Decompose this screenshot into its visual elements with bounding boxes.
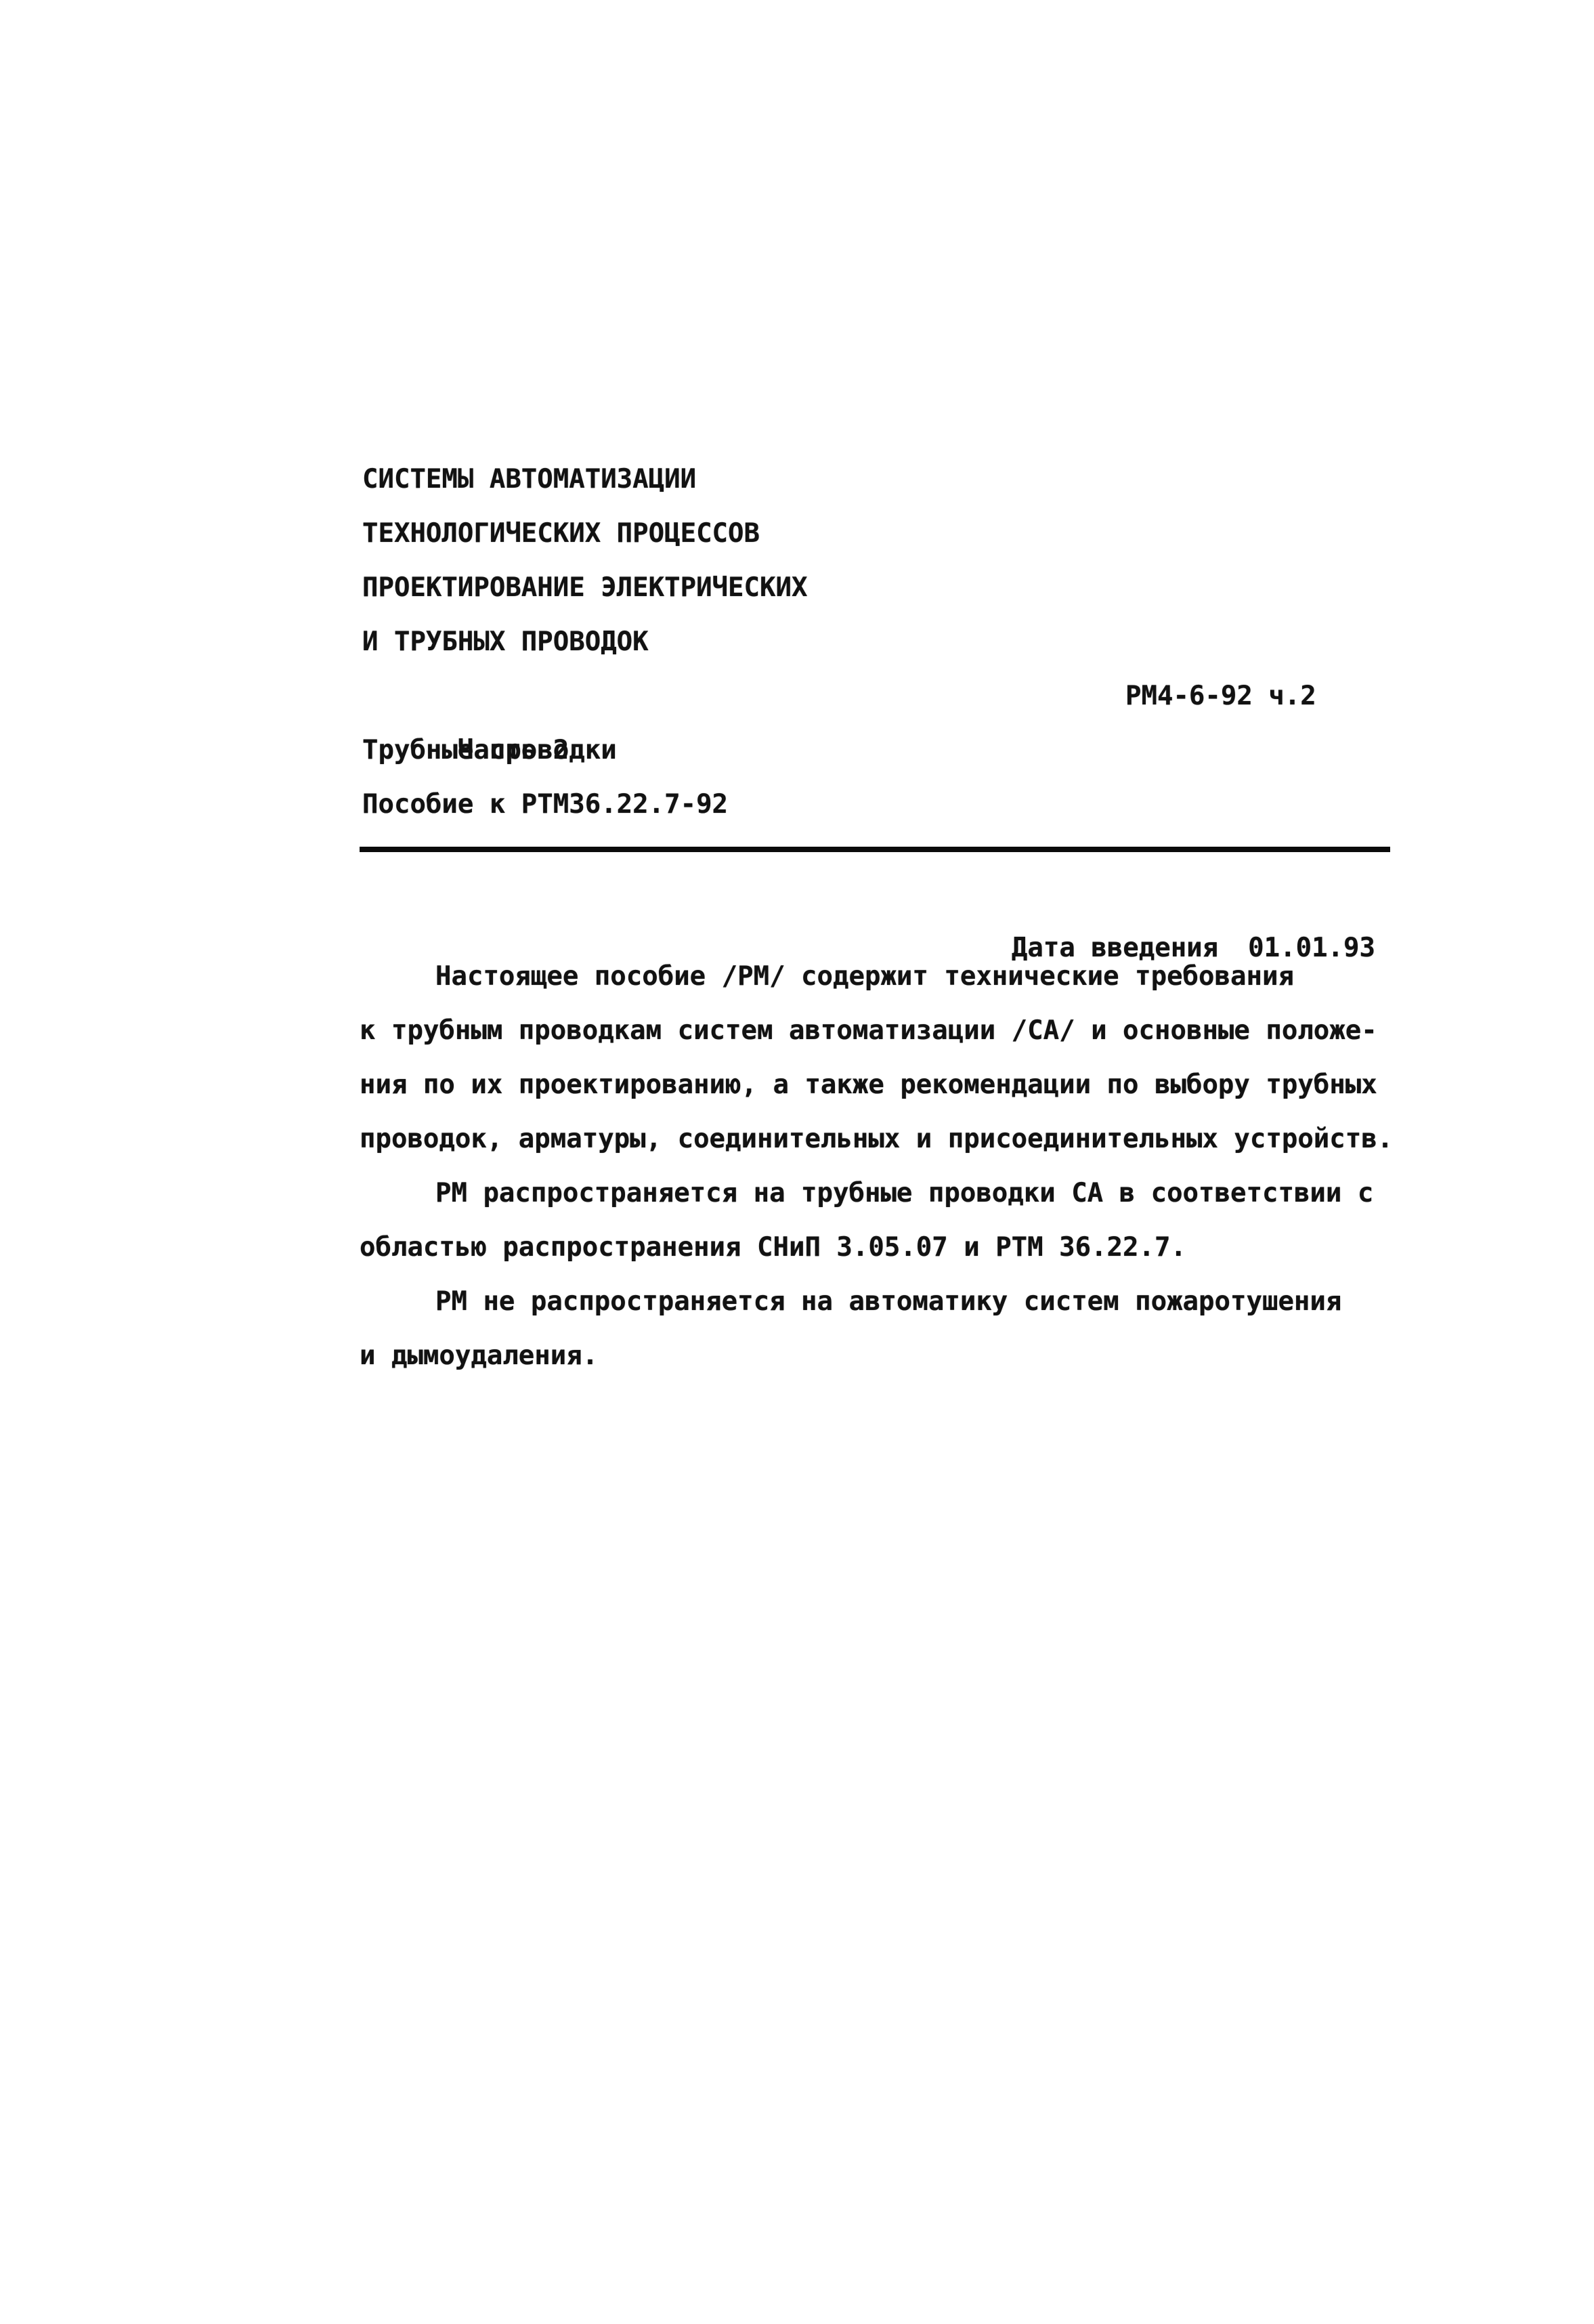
title-line: ПРОЕКТИРОВАНИЕ ЭЛЕКТРИЧЕСКИХ <box>362 561 807 615</box>
text-line: областью распространения СНиП 3.05.07 и … <box>360 1221 1402 1275</box>
part-label: Часть 2 <box>458 735 569 765</box>
text-line: РМ распространяется на трубные проводки … <box>360 1166 1402 1221</box>
part-row: Часть 2 РМ4-6-92 ч.2 <box>362 669 807 723</box>
document-page: СИСТЕМЫ АВТОМАТИЗАЦИИ ТЕХНОЛОГИЧЕСКИХ ПР… <box>0 0 1594 2324</box>
body-text: Настоящее пособие /РМ/ содержит техничес… <box>360 950 1402 1383</box>
title-block: СИСТЕМЫ АВТОМАТИЗАЦИИ ТЕХНОЛОГИЧЕСКИХ ПР… <box>362 452 807 832</box>
title-line: ТЕХНОЛОГИЧЕСКИХ ПРОЦЕССОВ <box>362 507 807 561</box>
doc-number: РМ4-6-92 ч.2 <box>1125 669 1316 723</box>
text-line: к трубным проводкам систем автоматизации… <box>360 1004 1402 1058</box>
text-line: Настоящее пособие /РМ/ содержит техничес… <box>360 950 1402 1004</box>
title-line: СИСТЕМЫ АВТОМАТИЗАЦИИ <box>362 452 807 507</box>
title-line: И ТРУБНЫХ ПРОВОДОК <box>362 615 807 669</box>
divider-rule <box>360 847 1390 852</box>
text-line: проводок, арматуры, соединительных и при… <box>360 1112 1402 1166</box>
text-line: РМ не распространяется на автоматику сис… <box>360 1275 1402 1329</box>
text-line: ния по их проектированию, а также рекоме… <box>360 1058 1402 1112</box>
introduction-date-row: Дата введения01.01.93 <box>360 867 1375 921</box>
text-line: и дымоудаления. <box>360 1329 1402 1383</box>
